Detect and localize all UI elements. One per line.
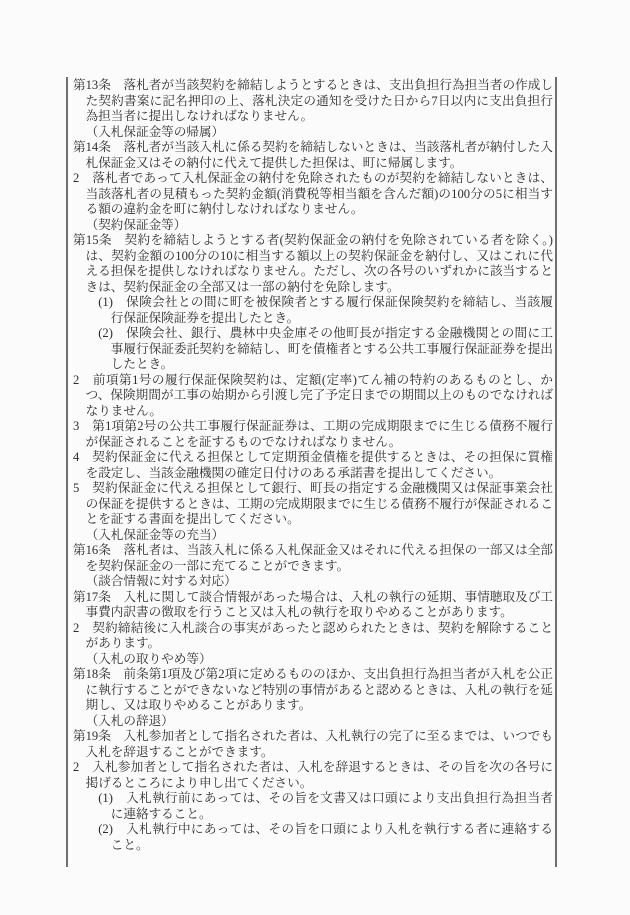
paragraph-sub-11: 5 契約保証金に代える担保として銀行、町長の指定する金融機関又は保証事業会社の保… — [73, 481, 553, 528]
paragraph-sub-21: 2 入札参加者として指名された者は、入札を辞退するときは、その旨を次の各号に掲げ… — [73, 760, 553, 791]
document-page: 第13条 落札者が当該契約を締結しようとするときは、支出負担行為担当者の作成した… — [0, 0, 630, 915]
table-cell-frame: 第13条 落札者が当該契約を締結しようとするときは、支出負担行為担当者の作成した… — [66, 77, 557, 867]
paragraph-heading-17: （入札の取りやめ等） — [73, 652, 553, 668]
paragraph-sub-3: 2 落札者であって入札保証金の納付を免除されたものが契約を締結しないときは、当該… — [73, 171, 553, 218]
paragraph-sub-8: 2 前項第1号の履行保証保険契約は、定額(定率)てん補の特約のあるものとし、かつ… — [73, 373, 553, 420]
paragraph-heading-12: （入札保証金等の充当） — [73, 528, 553, 544]
paragraph-heading-19: （入札の辞退） — [73, 714, 553, 730]
paragraph-item-22: (1) 入札執行前にあっては、その旨を文書又は口頭により支出負担行為担当者に連絡… — [73, 791, 553, 822]
paragraph-item-6: (1) 保険会社との間に町を被保険者とする履行保証保険契約を締結し、当該履行保証… — [73, 295, 553, 326]
paragraph-item-7: (2) 保険会社、銀行、農林中央金庫その他町長が指定する金融機関との間に工事履行… — [73, 326, 553, 373]
paragraph-article-18: 第18条 前条第1項及び第2項に定めるもののほか、支出負担行為担当者が入札を公正… — [73, 667, 553, 714]
paragraph-heading-1: （入札保証金等の帰属） — [73, 125, 553, 141]
paragraph-sub-16: 2 契約締結後に入札談合の事実があったと認められたときは、契約を解除することがあ… — [73, 621, 553, 652]
paragraph-article-5: 第15条 契約を締結しようとする者(契約保証金の納付を免除されている者を除く。)… — [73, 233, 553, 295]
paragraph-item-23: (2) 入札執行中にあっては、その旨を口頭により入札を執行する者に連絡すること。 — [73, 822, 553, 853]
paragraph-article-0: 第13条 落札者が当該契約を締結しようとするときは、支出負担行為担当者の作成した… — [73, 78, 553, 125]
paragraph-heading-4: （契約保証金等） — [73, 218, 553, 234]
paragraph-sub-9: 3 第1項第2号の公共工事履行保証証券は、工期の完成期限までに生じる債務不履行が… — [73, 419, 553, 450]
paragraph-article-13: 第16条 落札者は、当該入札に係る入札保証金又はそれに代える担保の一部又は全部を… — [73, 543, 553, 574]
paragraph-article-2: 第14条 落札者が当該入札に係る契約を締結しないときは、当該落札者が納付した入札… — [73, 140, 553, 171]
document-body: 第13条 落札者が当該契約を締結しようとするときは、支出負担行為担当者の作成した… — [73, 78, 553, 853]
paragraph-article-15: 第17条 入札に関して談合情報があった場合は、入札の執行の延期、事情聴取及び工事… — [73, 590, 553, 621]
paragraph-heading-14: （談合情報に対する対応） — [73, 574, 553, 590]
paragraph-sub-10: 4 契約保証金に代える担保として定期預金債権を提供するときは、その担保に質権を設… — [73, 450, 553, 481]
paragraph-article-20: 第19条 入札参加者として指名された者は、入札執行の完了に至るまでは、いつでも入… — [73, 729, 553, 760]
